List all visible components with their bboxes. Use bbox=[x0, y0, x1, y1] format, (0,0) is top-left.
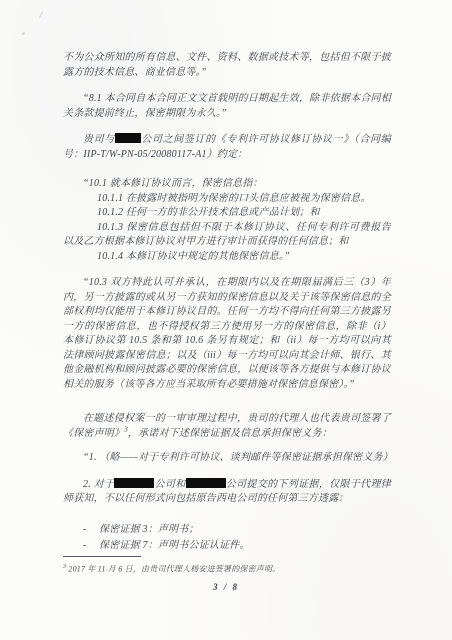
paragraph-contract-reference: 贵司与公司之间签订的《专利许可协议修订协议一》（合同编号：IIP-T/W-PN-… bbox=[63, 133, 391, 162]
clause-10-1-4: 10.1.4 本修订协议中规定的其他保密信息。” bbox=[63, 250, 391, 265]
redaction-box-company-2 bbox=[114, 478, 154, 488]
list-dash: - bbox=[83, 522, 99, 539]
paragraph-item-1: “1. （略——对于专利许可协议、谈判邮件等保密证据承担保密义务） bbox=[63, 451, 391, 466]
clause-10-1-head: “10.1 就本修订协议而言，保密信息指： bbox=[63, 177, 391, 192]
evidence-list-item: - 保密证据 7：声明书公证认证件。 bbox=[83, 538, 391, 555]
item2-text-between-redactions: 公司和 bbox=[154, 479, 185, 490]
paragraph-clause-8-1: “8.1 本合同自本合同正文文首载明的日期起生效，除非依据本合同相关条款提前终止… bbox=[63, 92, 391, 121]
pencil-mark bbox=[39, 12, 49, 22]
document-body: 不为公众所知的所有信息、文件、资料、数据或技术等，包括但不限于披露方的技术信息、… bbox=[63, 51, 391, 555]
pencil-mark bbox=[22, 32, 25, 35]
item2-text-before-redaction: 2. 对于 bbox=[83, 479, 114, 490]
evidence-item-text: 保密证据 7：声明书公证认证件。 bbox=[99, 538, 250, 555]
evidence-list: - 保密证据 3：声明书； - 保密证据 7：声明书公证认证件。 bbox=[63, 522, 391, 555]
paragraph-definition-continuation: 不为公众所知的所有信息、文件、资料、数据或技术等，包括但不限于披露方的技术信息、… bbox=[63, 51, 391, 80]
footnote-area: 3 2017 年 11 月 6 日，由贵司代理人杨安进签署的保密声明。 bbox=[63, 556, 391, 575]
paragraph-clause-10-3: “10.3 双方特此认可并承认，在期限内以及在期限届满后三（3）年内，另一方披露… bbox=[63, 276, 391, 392]
footnote-text: 3 2017 年 11 月 6 日，由贵司代理人杨安进签署的保密声明。 bbox=[63, 562, 391, 575]
clause-10-1-3: 10.1.3 保密信息包括但不限于本修订协议、任何专利许可费报告以及乙方根据本修… bbox=[63, 221, 391, 250]
redaction-box-company-3 bbox=[186, 478, 226, 488]
scanned-document-page: 不为公众所知的所有信息、文件、资料、数据或技术等，包括但不限于披露方的技术信息、… bbox=[0, 0, 452, 640]
page-number: 3 / 8 bbox=[0, 582, 452, 592]
paragraph-confidentiality-statement: 在题述侵权案一的一审审理过程中，贵司的代理人也代表贵司签署了《保密声明》3，承诺… bbox=[63, 412, 391, 441]
clause-10-1-1: 10.1.1 在披露时被指明为保密的口头信息应被视为保密信息。 bbox=[63, 192, 391, 207]
clause-10-1-2: 10.1.2 任何一方的非公开技术信息或产品计划；和 bbox=[63, 206, 391, 221]
footnote-divider bbox=[63, 556, 141, 557]
statement-text-after-ref: ，承诺对下述保密证据及信息承担保密义务： bbox=[128, 428, 332, 439]
list-dash: - bbox=[83, 538, 99, 555]
paragraph-item-2: 2. 对于公司和公司提交的下列证据，仅限于代理律师获知，不以任何形式向包括原告西… bbox=[63, 478, 391, 507]
redaction-box-company-1 bbox=[115, 133, 141, 143]
contract-text-before-redaction: 贵司与 bbox=[83, 134, 115, 145]
footnote-body: 2017 年 11 月 6 日，由贵司代理人杨安进签署的保密声明。 bbox=[66, 565, 280, 574]
evidence-list-item: - 保密证据 3：声明书； bbox=[83, 522, 391, 539]
clause-10-1-block: “10.1 就本修订协议而言，保密信息指： 10.1.1 在披露时被指明为保密的… bbox=[63, 177, 391, 264]
evidence-item-text: 保密证据 3：声明书； bbox=[99, 522, 199, 539]
